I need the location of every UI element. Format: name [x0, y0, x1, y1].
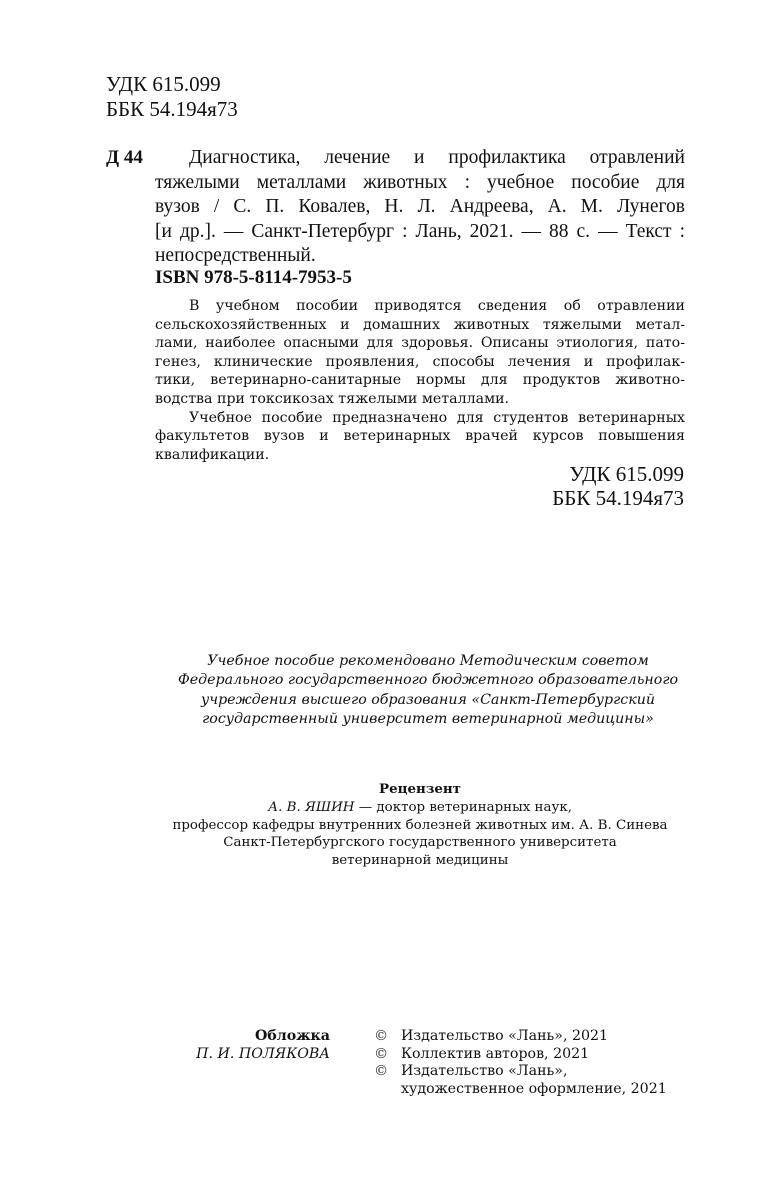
- copyright-icon: ©: [374, 1063, 401, 1081]
- udk-code: УДК 615.099: [106, 72, 238, 97]
- bbk-code: ББК 54.194я73: [552, 486, 684, 510]
- abstract-line: водства при токсикозах тяжелыми металлам…: [155, 390, 685, 409]
- bib-line: [и др.]. — Санкт-Петербург : Лань, 2021.…: [155, 220, 685, 245]
- reviewer-title: Рецензент: [130, 781, 710, 799]
- reviewer-name-line: А. В. ЯШИН — доктор ветеринарных наук,: [130, 799, 710, 817]
- abstract-line: факультетов вузов и ветеринарных врачей …: [155, 427, 685, 446]
- copyright-entry-continued: художественное оформление, 2021: [374, 1081, 714, 1099]
- bib-line: тяжелыми металлами животных : учебное по…: [155, 171, 685, 196]
- reviewer-line: ветеринарной медицины: [130, 852, 710, 870]
- bbk-code: ББК 54.194я73: [106, 97, 238, 122]
- copyright-text: Издательство «Лань»,: [401, 1063, 567, 1081]
- copyright-entry: © Издательство «Лань», 2021: [374, 1028, 714, 1046]
- abstract-line: сельскохозяйственных и домашних животных…: [155, 316, 685, 335]
- copyright-entry: © Издательство «Лань»,: [374, 1063, 714, 1081]
- reviewer-line: Санкт-Петербургского государственного ун…: [130, 834, 710, 852]
- reviewer-block: Рецензент А. В. ЯШИН — доктор ветеринарн…: [130, 781, 710, 870]
- abstract-line: Учебное пособие предназначено для студен…: [155, 409, 685, 428]
- recommendation-line: учреждения высшего образования «Санкт-Пе…: [150, 691, 706, 710]
- abstract: В учебном пособии приводятся сведения об…: [155, 297, 685, 464]
- classification-codes-top: УДК 615.099 ББК 54.194я73: [106, 72, 238, 122]
- bib-line: Диагностика, лечение и профилактика отра…: [155, 146, 685, 171]
- copyright-icon: ©: [374, 1028, 401, 1046]
- copyright-page: УДК 615.099 ББК 54.194я73 Д 44 Диагности…: [0, 0, 768, 1182]
- abstract-line: генез, клинические проявления, способы л…: [155, 353, 685, 372]
- cover-artist: П. И. ПОЛЯКОВА: [150, 1046, 330, 1064]
- cover-credit: Обложка П. И. ПОЛЯКОВА: [150, 1028, 330, 1063]
- copyright-text: Коллектив авторов, 2021: [401, 1046, 589, 1064]
- author-mark: Д 44: [106, 146, 143, 170]
- recommendation-note: Учебное пособие рекомендовано Методическ…: [150, 652, 706, 730]
- reviewer-name: А. В. ЯШИН: [268, 800, 354, 815]
- reviewer-line: профессор кафедры внутренних болезней жи…: [130, 817, 710, 835]
- abstract-line: лами, наиболее опасными для здоровья. Оп…: [155, 334, 685, 353]
- abstract-line: тики, ветеринарно-санитарные нормы для п…: [155, 371, 685, 390]
- cover-label: Обложка: [150, 1028, 330, 1046]
- isbn: ISBN 978-5-8114-7953-5: [155, 266, 352, 290]
- copyright-entry: © Коллектив авторов, 2021: [374, 1046, 714, 1064]
- classification-codes-bottom: УДК 615.099 ББК 54.194я73: [552, 462, 684, 510]
- copyright-text: Издательство «Лань», 2021: [401, 1028, 608, 1046]
- reviewer-degree: — доктор ветеринарных наук,: [355, 800, 572, 815]
- recommendation-line: Федерального государственного бюджетного…: [150, 671, 706, 690]
- bibliographic-record: Диагностика, лечение и профилактика отра…: [155, 146, 685, 269]
- bib-line: непосредственный.: [155, 244, 685, 269]
- udk-code: УДК 615.099: [552, 462, 684, 486]
- recommendation-line: Учебное пособие рекомендовано Методическ…: [150, 652, 706, 671]
- abstract-line: В учебном пособии приводятся сведения об…: [155, 297, 685, 316]
- recommendation-line: государственный университет ветеринарной…: [150, 710, 706, 729]
- copyright-notices: © Издательство «Лань», 2021 © Коллектив …: [374, 1028, 714, 1098]
- copyright-text: художественное оформление, 2021: [401, 1081, 667, 1099]
- bib-line: вузов / С. П. Ковалев, Н. Л. Андреева, А…: [155, 195, 685, 220]
- copyright-icon: ©: [374, 1046, 401, 1064]
